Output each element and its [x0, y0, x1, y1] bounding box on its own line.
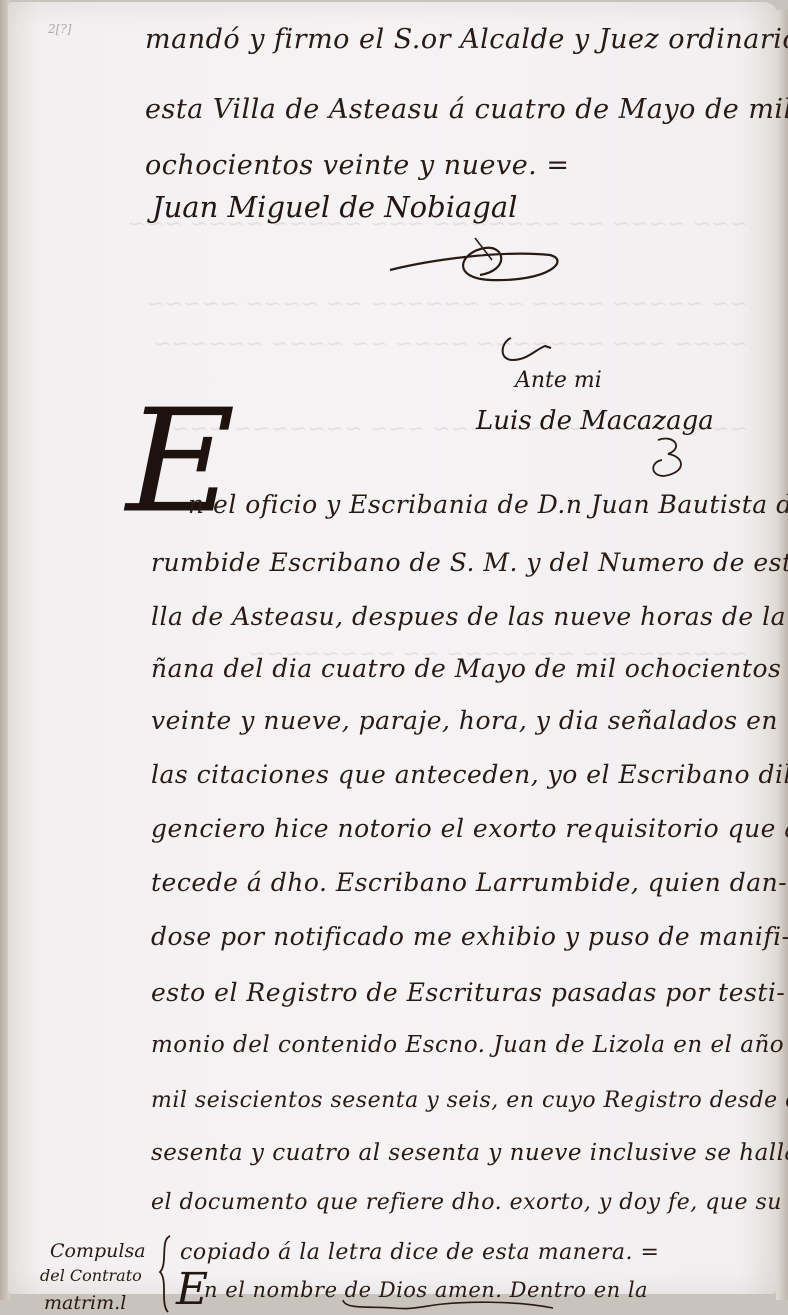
bleed-through-text: ~~ ~~~~~ ~~~~ ~~ ~~~~~~ ~~ ~~~~ ~~~~~ [48, 292, 748, 317]
margin-note-line: Compulsa [50, 1240, 146, 1262]
text-line: ñana del dia cuatro de Mayo de mil ochoc… [151, 654, 781, 683]
closing-text: n el nombre de Dios amen. Dentro en la [204, 1278, 648, 1300]
text-line: dose por notificado me exhibio y puso de… [151, 922, 788, 951]
text-line: tecede á dho. Escribano Larrumbide, quie… [151, 868, 787, 897]
text-line: el documento que refiere dho. exorto, y … [151, 1190, 788, 1215]
text-line: veinte y nueve, paraje, hora, y dia seña… [151, 706, 778, 735]
margin-note-line: matrim.l [44, 1292, 126, 1300]
bleed-through-text: ~~~~ ~~~ ~~~~~~~ ~~~~ ~~ ~~~~ ~~~~~~ [48, 332, 748, 357]
ante-mi-label: Ante mi [515, 368, 602, 393]
text-line: sesenta y cuatro al sesenta y nueve incl… [151, 1140, 788, 1166]
text-line: esto el Registro de Escrituras pasadas p… [151, 978, 785, 1007]
text-line: monio del contenido Escno. Juan de Lizol… [151, 1032, 788, 1058]
text-line: esta Villa de Asteasu á cuatro de Mayo d… [145, 94, 788, 125]
folio-number: 2[?] [48, 22, 71, 36]
text-line: ochocientos veinte y nueve. = [145, 150, 569, 181]
margin-bracket-icon [156, 1234, 176, 1300]
text-line: lla de Asteasu, despues de las nueve hor… [151, 602, 788, 631]
text-line: las citaciones que anteceden, yo el Escr… [151, 760, 788, 789]
text-line: genciero hice notorio el exorto requisit… [151, 814, 788, 843]
alcalde-signature: Juan Miguel de Nobiagal [152, 190, 517, 224]
margin-note-line: del Contrato [40, 1266, 142, 1285]
signature-flourish-icon [380, 230, 570, 290]
text-line: mil seiscientos sesenta y seis, en cuyo … [151, 1088, 788, 1113]
escribano-rubric-icon [644, 432, 694, 482]
text-line: rumbide Escribano de S. M. y del Numero … [151, 548, 788, 577]
text-line: copiado á la letra dice de esta manera. … [180, 1240, 659, 1265]
manuscript-page: ~~~ ~~~~ ~~ ~~~~~~~ ~~~ ~~~~~ ~~~~ ~~~ ~… [8, 2, 778, 1294]
text-line: n el oficio y Escribania de D.n Juan Bau… [188, 490, 788, 519]
text-line: mandó y firmo el S.or Alcalde y Juez ord… [145, 24, 788, 55]
